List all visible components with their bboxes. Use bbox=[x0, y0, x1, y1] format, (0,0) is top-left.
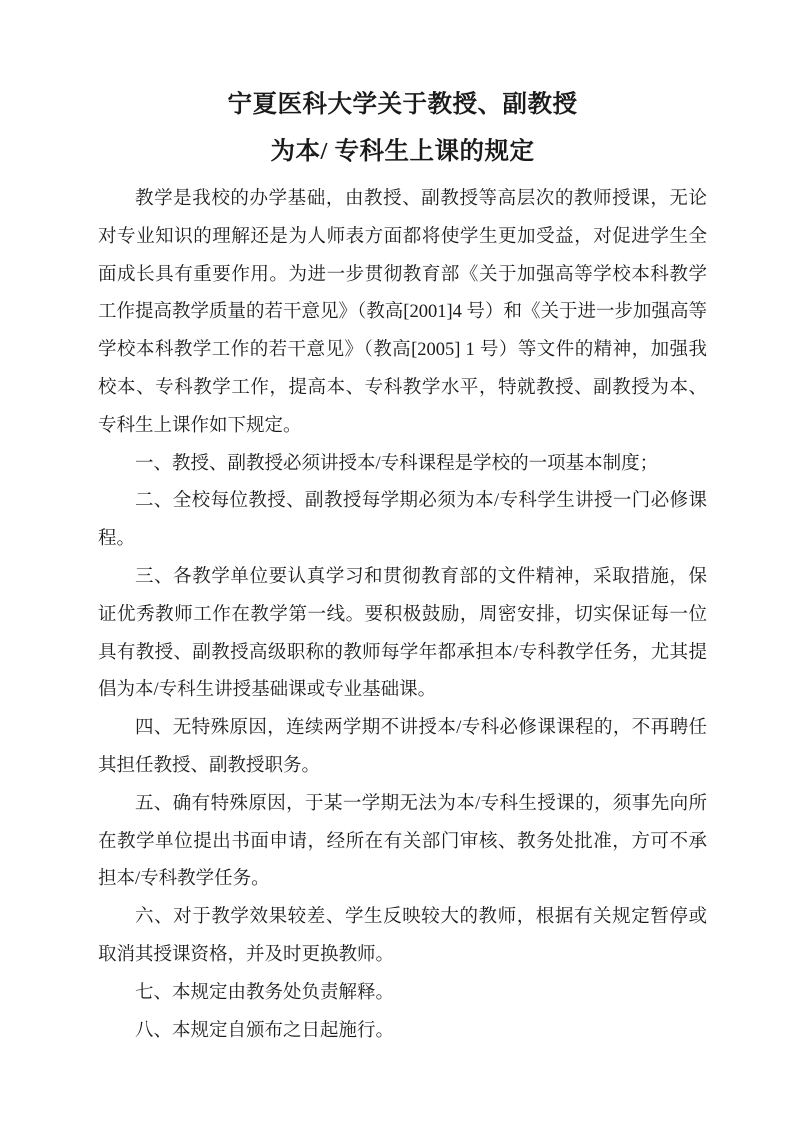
rule-item-8: 八、本规定自颁布之日起施行。 bbox=[98, 1013, 707, 1051]
rule-item-5: 五、确有特殊原因，于某一学期无法为本/专科生授课的，须事先向所在教学单位提出书面… bbox=[98, 786, 707, 899]
document-body: 教学是我校的办学基础，由教授、副教授等高层次的教师授课，无论对专业知识的理解还是… bbox=[98, 181, 707, 1050]
rule-item-3: 三、各教学单位要认真学习和贯彻教育部的文件精神，采取措施，保证优秀教师工作在教学… bbox=[98, 559, 707, 710]
doc-title-line-2: 为本/ 专科生上课的规定 bbox=[98, 128, 707, 175]
rule-item-7: 七、本规定由教务处负责解释。 bbox=[98, 975, 707, 1013]
rule-item-6: 六、对于教学效果较差、学生反映较大的教师，根据有关规定暂停或取消其授课资格，并及… bbox=[98, 899, 707, 975]
document-page: 宁夏医科大学关于教授、副教授 为本/ 专科生上课的规定 教学是我校的办学基础，由… bbox=[0, 0, 793, 1122]
rule-item-2: 二、全校每位教授、副教授每学期必须为本/专科学生讲授一门必修课程。 bbox=[98, 483, 707, 559]
doc-title-line-1: 宁夏医科大学关于教授、副教授 bbox=[98, 81, 707, 128]
intro-paragraph: 教学是我校的办学基础，由教授、副教授等高层次的教师授课，无论对专业知识的理解还是… bbox=[98, 181, 707, 446]
rule-item-4: 四、无特殊原因，连续两学期不讲授本/专科必修课课程的，不再聘任其担任教授、副教授… bbox=[98, 710, 707, 786]
document-title: 宁夏医科大学关于教授、副教授 为本/ 专科生上课的规定 bbox=[98, 81, 707, 175]
rule-item-1: 一、教授、副教授必须讲授本/专科课程是学校的一项基本制度； bbox=[98, 446, 707, 484]
